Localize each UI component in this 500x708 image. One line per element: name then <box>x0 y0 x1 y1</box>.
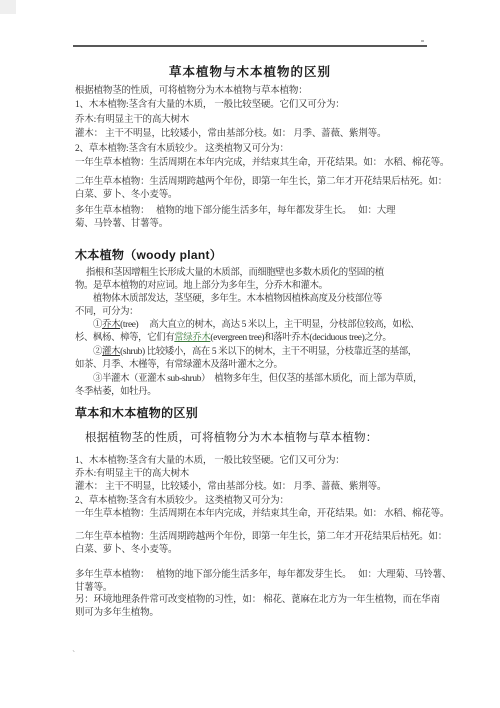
text-line: 冬季枯萎，如牡丹。 <box>75 386 429 399</box>
rule-end-mark <box>421 40 424 42</box>
text-line: 灌木： 主干不明显，比较矮小，常由基部分枝。如： 月季、蔷薇、紫荆等。 <box>75 127 429 141</box>
diff-section-heading: 草本和木本植物的区别 <box>75 404 198 421</box>
text-line: 白菜、萝卜、冬小麦等。 <box>75 189 429 202</box>
woody-description-paragraph: 植物体木质部发达，茎坚硬，多年生。木本植物因植株高度及分枝部位等 不同，可分为： <box>75 293 429 319</box>
text-line: 白菜、萝卜、冬小麦等。 <box>75 544 429 557</box>
text-line: 乔木:有明显主干的高大树木 <box>75 113 429 127</box>
text-line: 1、木本植物:茎含有大量的木质， 一般比较坚硬。它们又可分为： <box>75 455 429 468</box>
text-line: 多年生草本植物： 植物的地下部分能生活多年，每年都发芽生长。 如：大理菊、马铃薯… <box>75 569 429 582</box>
text-line: 一年生草本植物：生活周期在本年内完成，并结束其生命，开花结果。如： 水稻、棉花等… <box>75 156 429 170</box>
text-line: 植物体木质部发达，茎坚硬，多年生。木本植物因植株高度及分枝部位等 <box>75 293 429 306</box>
text-line: 1、木本植物:茎含有大量的木质， 一般比较坚硬。它们又可分为： <box>75 98 429 112</box>
document-page: 草本植物与木本植物的区别 根据植物茎的性质，可将植物分为木本植物与草本植物： 1… <box>0 0 500 708</box>
text-line: ③半灌木（亚灌木 sub-shrub） 植物多年生，但仅茎的基部木质化，而上部为… <box>75 373 429 386</box>
text-line: 乔木:有明显主干的高大树木 <box>75 468 429 481</box>
shrub-item: ②灌木(shrub) 比较矮小，高在 5 米以下的树木，主干不明显，分枝靠近茎的… <box>75 346 429 372</box>
stray-mark: ` <box>72 650 75 661</box>
note-paragraph: 另：环境地理条件常可改变植物的习性，如： 棉花、蓖麻在北方为一年生植物，而在华南… <box>75 594 429 620</box>
text-line: 指根和茎因增粗生长形成大量的木质部，而细胞壁也多数木质化的坚固的植 <box>75 267 429 280</box>
scan-artifact <box>0 0 16 14</box>
woody-definition-paragraph: 指根和茎因增粗生长形成大量的木质部，而细胞壁也多数木质化的坚固的植 物。是草本植… <box>75 267 429 293</box>
text-line: 则可为多年生植物。 <box>75 607 429 620</box>
text-line: ①乔木(tree) 高大直立的树木，高达 5 米以上，主干明显，分枝部位较高，如… <box>75 319 429 332</box>
intro-list: 根据植物茎的性质，可将植物分为木本植物与草本植物： 1、木本植物:茎含有大量的木… <box>75 84 429 170</box>
text-line: 物。是草本植物的对应词。地上部分为多年生，分乔木和灌木。 <box>75 280 429 293</box>
diff-perennial-paragraph: 多年生草本植物： 植物的地下部分能生活多年，每年都发芽生长。 如：大理菊、马铃薯… <box>75 569 429 595</box>
doc-title: 草本植物与木本植物的区别 <box>0 62 500 80</box>
header-rule <box>73 45 427 47</box>
diff-list: 1、木本植物:茎含有大量的木质， 一般比较坚硬。它们又可分为： 乔木:有明显主干… <box>75 455 429 521</box>
text-line: 不同，可分为： <box>75 306 429 319</box>
text-line: 杉、枫杨、樟等，它们有常绿乔木(evergreen tree)和落叶乔木(dec… <box>75 332 429 345</box>
woody-section-heading: 木本植物（woody plant） <box>75 246 222 263</box>
diff-biennial-paragraph: 二年生草本植物：生活周期跨越两个年份，即第一年生长，第二年才开花结果后枯死。如：… <box>75 531 429 557</box>
subshrub-item: ③半灌木（亚灌木 sub-shrub） 植物多年生，但仅茎的基部木质化，而上部为… <box>75 373 429 399</box>
diff-lead-line: 根据植物茎的性质，可将植物分为木本植物与草本植物： <box>85 429 445 445</box>
text-line: 一年生草本植物：生活周期在本年内完成，并结束其生命，开花结果。如： 水稻、棉花等… <box>75 508 429 521</box>
text-line: 2、草本植物:茎含有木质较少。 这类植物又可分为： <box>75 495 429 508</box>
perennial-paragraph: 多年生草本植物： 植物的地下部分能生活多年，每年都发芽生长。 如：大理 菊、马铃… <box>75 205 429 231</box>
text-line: 二年生草本植物：生活周期跨越两个年份，即第一年生长，第二年才开花结果后枯死。如： <box>75 531 429 544</box>
text-line: 菊、马铃薯、甘薯等。 <box>75 218 429 231</box>
text-line: 另：环境地理条件常可改变植物的习性，如： 棉花、蓖麻在北方为一年生植物，而在华南 <box>75 594 429 607</box>
text-line: 多年生草本植物： 植物的地下部分能生活多年，每年都发芽生长。 如：大理 <box>75 205 429 218</box>
text-line: 2、草本植物:茎含有木质较少。 这类植物又可分为： <box>75 142 429 156</box>
text-line: 根据植物茎的性质，可将植物分为木本植物与草本植物： <box>75 84 429 98</box>
text-line: 二年生草本植物：生活周期跨越两个年份，即第一年生长，第二年才开花结果后枯死。如： <box>75 176 429 189</box>
tree-item: ①乔木(tree) 高大直立的树木，高达 5 米以上，主干明显，分枝部位较高，如… <box>75 319 429 345</box>
text-line: 灌木： 主干不明显，比较矮小，常由基部分枝。如： 月季、蔷薇、紫荆等。 <box>75 481 429 494</box>
text-line: ②灌木(shrub) 比较矮小，高在 5 米以下的树木，主干不明显，分枝靠近茎的… <box>75 346 429 359</box>
biennial-paragraph: 二年生草本植物：生活周期跨越两个年份，即第一年生长，第二年才开花结果后枯死。如：… <box>75 176 429 202</box>
text-line: 如茶、月季、木槿等，有常绿灌木及落叶灌木之分。 <box>75 359 429 372</box>
